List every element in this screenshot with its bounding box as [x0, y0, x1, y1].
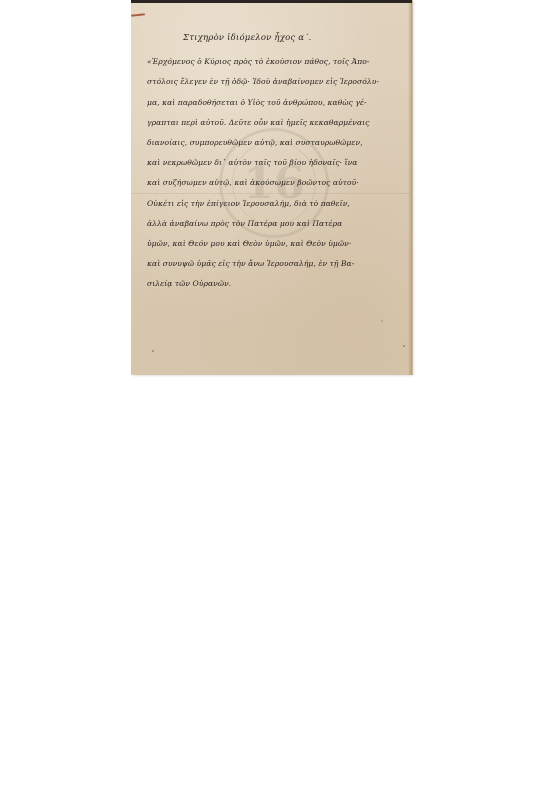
text-line: καὶ νεκρωθῶμεν δι᾽ αὐτὸν ταῖς τοῦ βίου ἡ…	[147, 158, 405, 167]
hymn-heading: Στιχηρὸν ἰδιόμελον ἦχος α΄.	[183, 33, 383, 43]
text-line: μα, καὶ παραδοθήσεται ὁ Υἱὸς τοῦ ἀνθρώπο…	[147, 98, 405, 107]
text-line: «Ἐρχόμενος ὁ Κύριος πρὸς τὸ ἑκούσιον πάθ…	[147, 57, 405, 66]
text-line: γραπται περὶ αὐτοῦ. Δεῦτε οὖν καὶ ἡμεῖς …	[147, 118, 405, 127]
manuscript-page: 16 Στιχηρὸν ἰδιόμελον ἦχος α΄. «Ἐρχόμενο…	[131, 0, 412, 375]
text-line: διανοίαις, συμπορευθῶμεν αὐτῷ, καὶ συστα…	[147, 138, 405, 147]
text-line: καὶ συνυψῶ ὑμᾶς εἰς τὴν ἄνω Ἱερουσαλήμ, …	[147, 259, 405, 268]
manuscript-text: Στιχηρὸν ἰδιόμελον ἦχος α΄. «Ἐρχόμενος ὁ…	[131, 0, 412, 375]
text-line: στόλοις ἔλεγεν ἐν τῇ ὁδῷ· Ἰδοὺ ἀναβαίνομ…	[147, 77, 405, 86]
text-line: καὶ συζήσωμεν αὐτῷ, καὶ ἀκούσωμεν βοῶντο…	[147, 178, 405, 187]
text-line: σιλείᾳ τῶν Οὐρανῶν.	[147, 279, 405, 288]
text-line: ἀλλὰ ἀναβαίνω πρὸς τὸν Πατέρα μου καὶ Πα…	[147, 219, 405, 228]
text-line: Οὐκέτι εἰς τὴν ἐπίγειον Ἱερουσαλήμ, διὰ …	[147, 199, 405, 208]
text-line: ὑμῶν, καὶ Θεόν μου καὶ Θεὸν ὑμῶν, καὶ Θε…	[147, 239, 405, 248]
